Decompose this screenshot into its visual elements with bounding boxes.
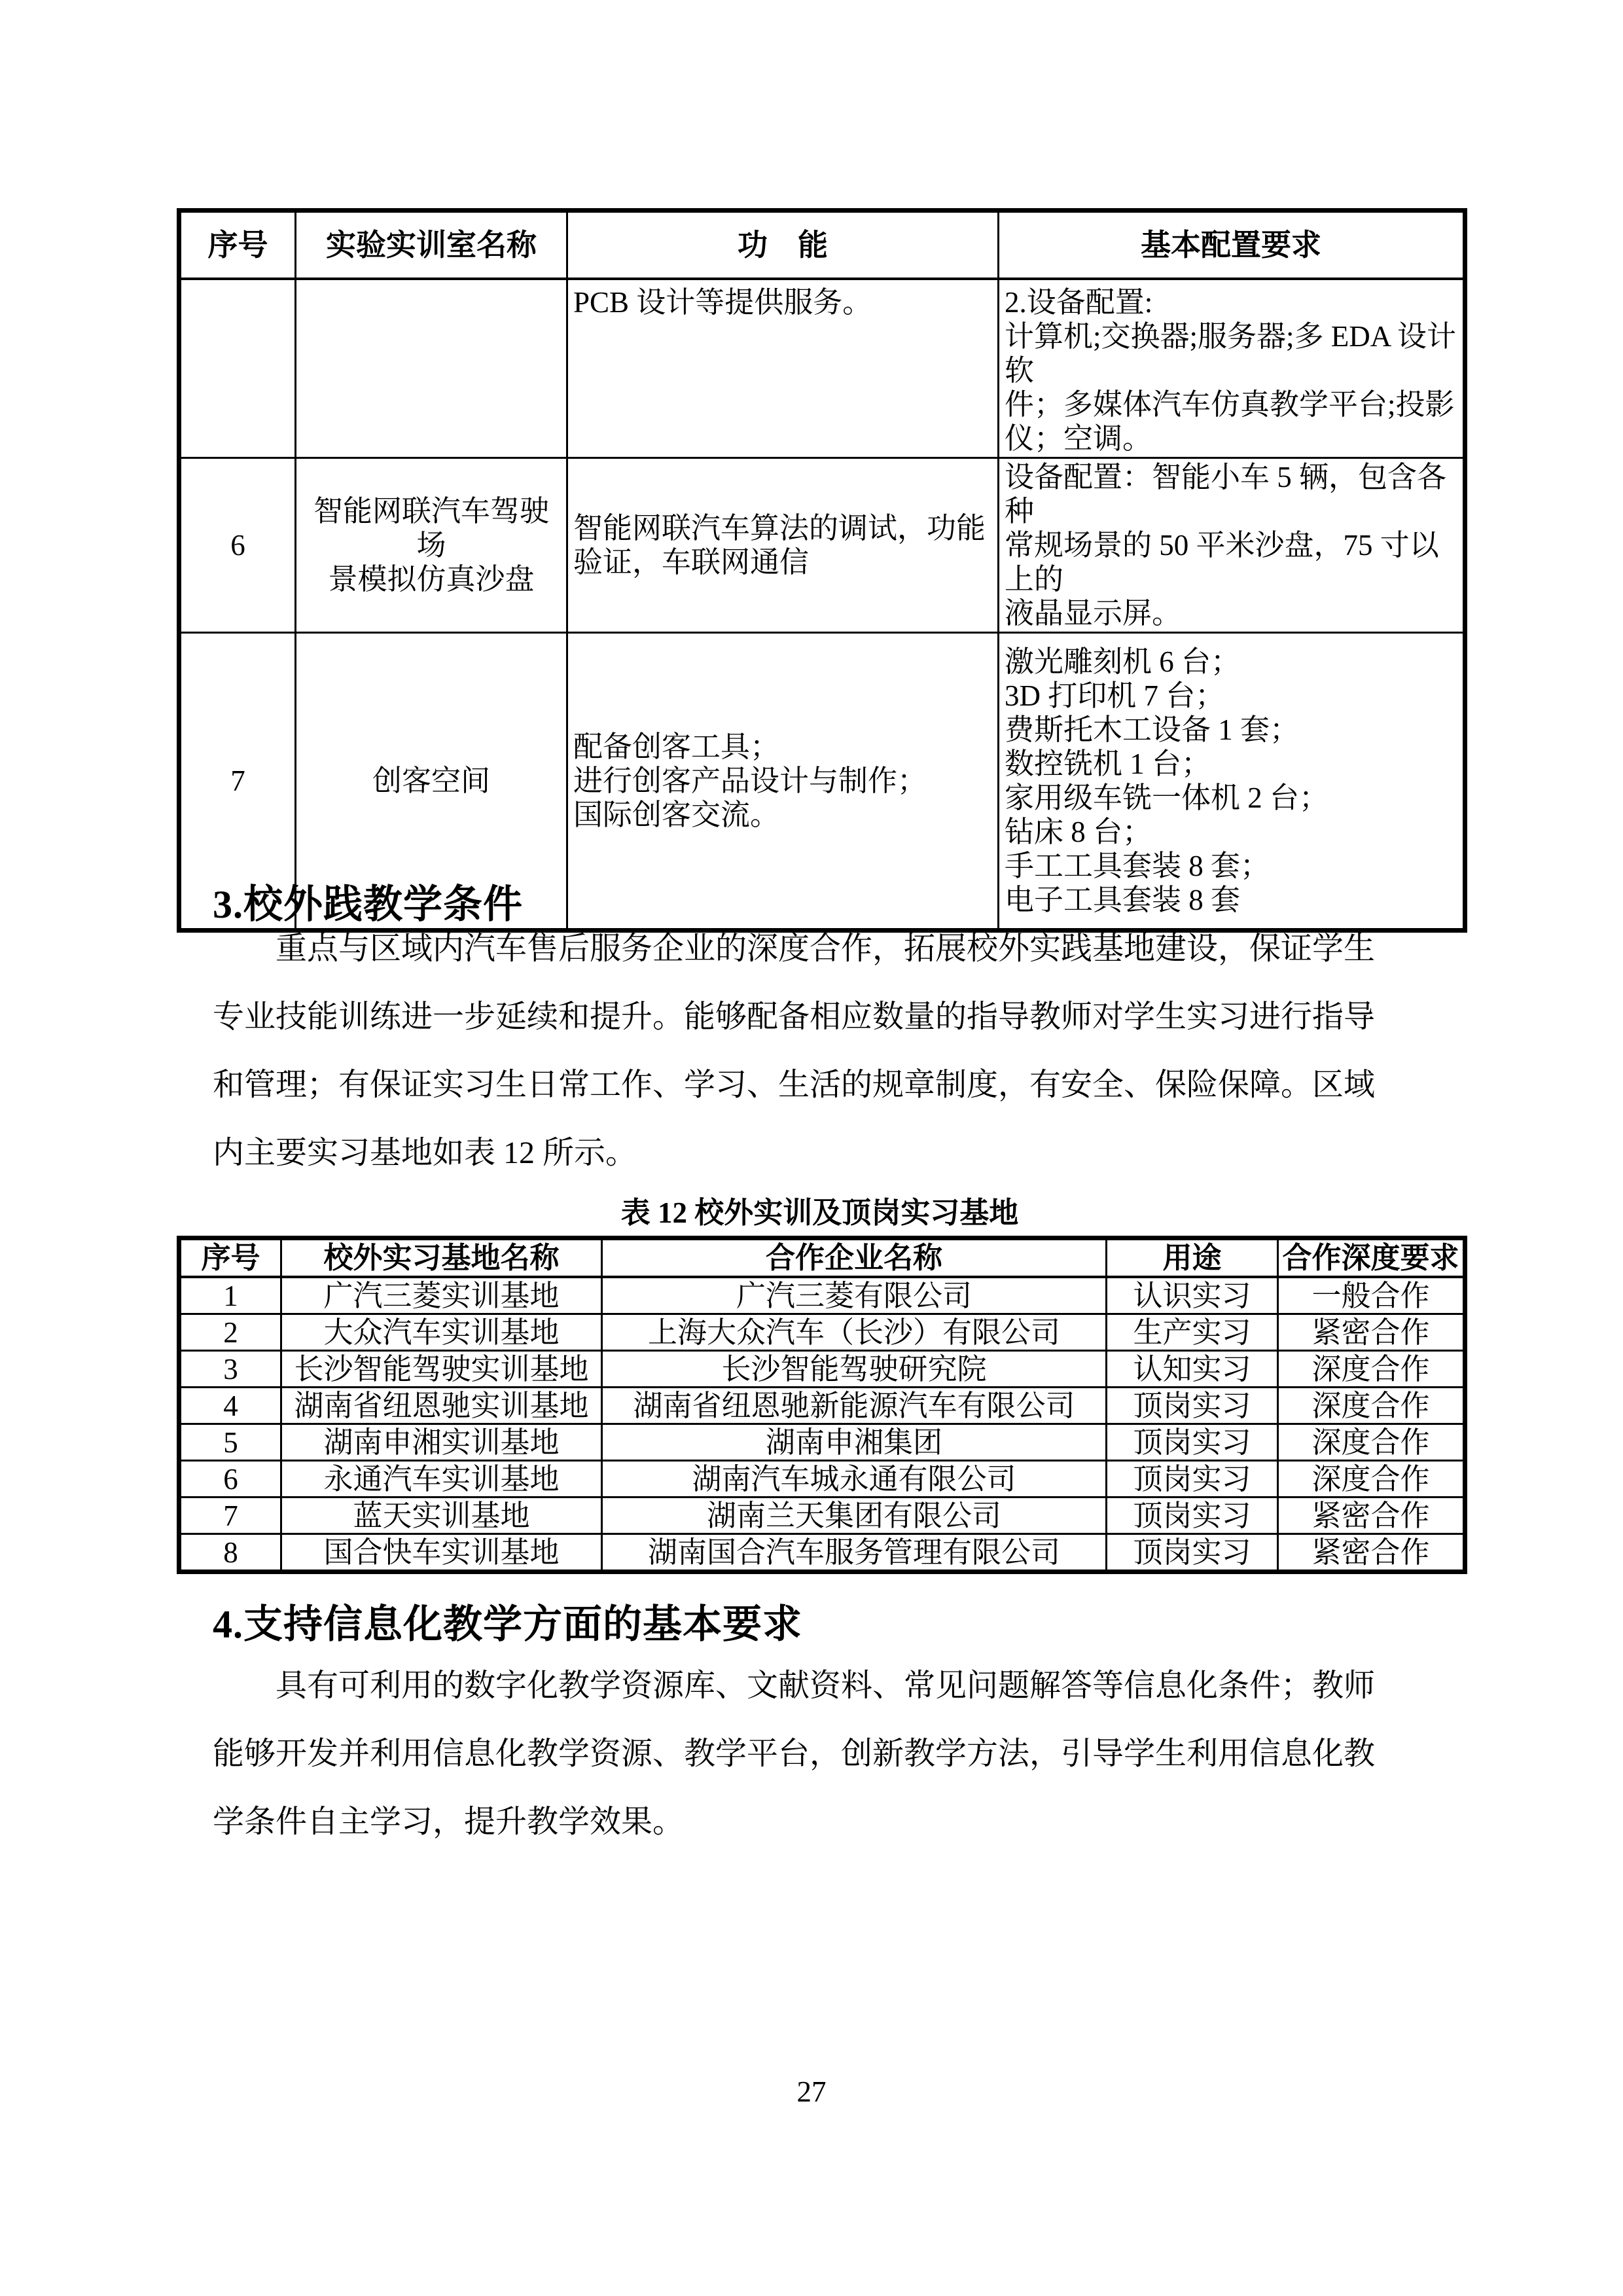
company-cell: 湖南国合汽车服务管理有限公司	[602, 1534, 1107, 1572]
table-row: 4 湖南省纽恩驰实训基地 湖南省纽恩驰新能源汽车有限公司 顶岗实习 深度合作	[179, 1388, 1465, 1424]
facility-row-6: 6 智能网联汽车驾驶场 景模拟仿真沙盘 智能网联汽车算法的调试，功能 验证，车联…	[179, 458, 1465, 633]
purpose-cell: 认识实习	[1107, 1277, 1278, 1314]
serial-cell: 3	[179, 1351, 281, 1388]
facility-table-header-row: 序号 实验实训室名称 功 能 基本配置要求	[179, 211, 1465, 279]
purpose-cell: 顶岗实习	[1107, 1424, 1278, 1461]
facility-table: 序号 实验实训室名称 功 能 基本配置要求 PCB 设计等提供服务。 2.设备配…	[177, 208, 1467, 933]
serial-cell: 8	[179, 1534, 281, 1572]
table-row: 3 长沙智能驾驶实训基地 长沙智能驾驶研究院 认知实习 深度合作	[179, 1351, 1465, 1388]
depth-cell: 紧密合作	[1278, 1534, 1465, 1572]
serial-cell: 2	[179, 1314, 281, 1351]
purpose-cell: 认知实习	[1107, 1351, 1278, 1388]
base-name-cell: 国合快车实训基地	[281, 1534, 602, 1572]
base-name-cell: 蓝天实训基地	[281, 1498, 602, 1534]
base-col-serial: 序号	[179, 1238, 281, 1278]
table-12-caption: 表 12 校外实训及顶岗实习基地	[177, 1194, 1463, 1232]
facility-row-continued: PCB 设计等提供服务。 2.设备配置: 计算机;交换器;服务器;多 EDA 设…	[179, 279, 1465, 458]
depth-cell: 紧密合作	[1278, 1498, 1465, 1534]
depth-cell: 深度合作	[1278, 1388, 1465, 1424]
serial-cell	[179, 279, 296, 458]
depth-cell: 一般合作	[1278, 1277, 1465, 1314]
table-row: 5 湖南申湘实训基地 湖南申湘集团 顶岗实习 深度合作	[179, 1424, 1465, 1461]
function-cell: 配备创客工具； 进行创客产品设计与制作； 国际创客交流。	[567, 633, 999, 931]
facility-col-serial: 序号	[179, 211, 296, 279]
base-col-depth: 合作深度要求	[1278, 1238, 1465, 1278]
page-number: 27	[0, 2073, 1623, 2110]
company-cell: 长沙智能驾驶研究院	[602, 1351, 1107, 1388]
serial-cell: 6	[179, 458, 296, 633]
purpose-cell: 顶岗实习	[1107, 1534, 1278, 1572]
facility-col-room-name: 实验实训室名称	[296, 211, 567, 279]
base-name-cell: 永通汽车实训基地	[281, 1461, 602, 1498]
company-cell: 广汽三菱有限公司	[602, 1277, 1107, 1314]
serial-cell: 7	[179, 1498, 281, 1534]
company-cell: 湖南申湘集团	[602, 1424, 1107, 1461]
function-cell: 智能网联汽车算法的调试，功能 验证，车联网通信	[567, 458, 999, 633]
company-cell: 上海大众汽车（长沙）有限公司	[602, 1314, 1107, 1351]
practice-base-table: 序号 校外实习基地名称 合作企业名称 用途 合作深度要求 1 广汽三菱实训基地 …	[177, 1236, 1467, 1574]
section-3-paragraph: 重点与区域内汽车售后服务企业的深度合作，拓展校外实践基地建设，保证学生 专业技能…	[213, 915, 1414, 1187]
purpose-cell: 生产实习	[1107, 1314, 1278, 1351]
company-cell: 湖南兰天集团有限公司	[602, 1498, 1107, 1534]
facility-col-config: 基本配置要求	[999, 211, 1465, 279]
serial-cell: 1	[179, 1277, 281, 1314]
function-cell: PCB 设计等提供服务。	[567, 279, 999, 458]
config-cell: 设备配置：智能小车 5 辆，包含各种 常规场景的 50 平米沙盘，75 寸以上的…	[999, 458, 1465, 633]
base-name-cell: 湖南省纽恩驰实训基地	[281, 1388, 602, 1424]
table-row: 7 蓝天实训基地 湖南兰天集团有限公司 顶岗实习 紧密合作	[179, 1498, 1465, 1534]
serial-cell: 5	[179, 1424, 281, 1461]
base-col-name: 校外实习基地名称	[281, 1238, 602, 1278]
company-cell: 湖南省纽恩驰新能源汽车有限公司	[602, 1388, 1107, 1424]
serial-cell: 6	[179, 1461, 281, 1498]
table-row: 8 国合快车实训基地 湖南国合汽车服务管理有限公司 顶岗实习 紧密合作	[179, 1534, 1465, 1572]
section-4-paragraph: 具有可利用的数字化教学资源库、文献资料、常见问题解答等信息化条件；教师 能够开发…	[213, 1652, 1414, 1856]
config-cell: 2.设备配置: 计算机;交换器;服务器;多 EDA 设计软 件；多媒体汽车仿真教…	[999, 279, 1465, 458]
company-cell: 湖南汽车城永通有限公司	[602, 1461, 1107, 1498]
depth-cell: 深度合作	[1278, 1424, 1465, 1461]
base-name-cell: 湖南申湘实训基地	[281, 1424, 602, 1461]
depth-cell: 深度合作	[1278, 1461, 1465, 1498]
base-col-company: 合作企业名称	[602, 1238, 1107, 1278]
base-name-cell: 广汽三菱实训基地	[281, 1277, 602, 1314]
table-row: 2 大众汽车实训基地 上海大众汽车（长沙）有限公司 生产实习 紧密合作	[179, 1314, 1465, 1351]
config-cell: 激光雕刻机 6 台； 3D 打印机 7 台； 费斯托木工设备 1 套； 数控铣机…	[999, 633, 1465, 931]
purpose-cell: 顶岗实习	[1107, 1498, 1278, 1534]
table-row: 1 广汽三菱实训基地 广汽三菱有限公司 认识实习 一般合作	[179, 1277, 1465, 1314]
purpose-cell: 顶岗实习	[1107, 1388, 1278, 1424]
serial-cell: 4	[179, 1388, 281, 1424]
practice-base-header-row: 序号 校外实习基地名称 合作企业名称 用途 合作深度要求	[179, 1238, 1465, 1278]
purpose-cell: 顶岗实习	[1107, 1461, 1278, 1498]
base-col-purpose: 用途	[1107, 1238, 1278, 1278]
document-page: 序号 实验实训室名称 功 能 基本配置要求 PCB 设计等提供服务。 2.设备配…	[0, 0, 1623, 2296]
room-name-cell	[296, 279, 567, 458]
depth-cell: 深度合作	[1278, 1351, 1465, 1388]
facility-col-function: 功 能	[567, 211, 999, 279]
section-4-heading: 4.支持信息化教学方面的基本要求	[213, 1602, 802, 1647]
room-name-cell: 智能网联汽车驾驶场 景模拟仿真沙盘	[296, 458, 567, 633]
base-name-cell: 长沙智能驾驶实训基地	[281, 1351, 602, 1388]
table-row: 6 永通汽车实训基地 湖南汽车城永通有限公司 顶岗实习 深度合作	[179, 1461, 1465, 1498]
base-name-cell: 大众汽车实训基地	[281, 1314, 602, 1351]
depth-cell: 紧密合作	[1278, 1314, 1465, 1351]
